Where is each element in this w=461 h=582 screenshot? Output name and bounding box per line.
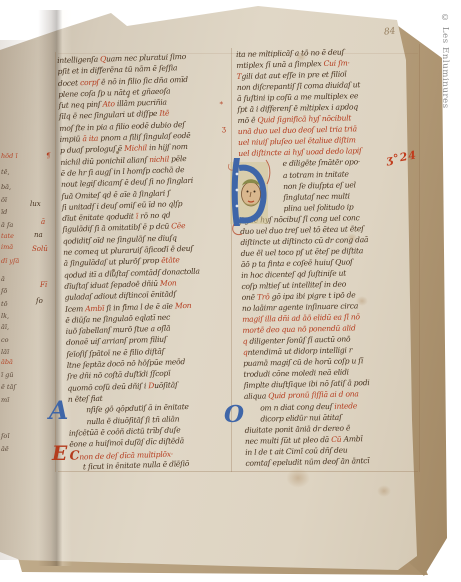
facing-page-text-fragment: āē [1, 445, 9, 453]
intercolumn-mark: ʒ [222, 125, 226, 133]
facing-page-text-fragment: dī yſā [1, 257, 19, 265]
facing-page-text-fragment: ābā [1, 358, 13, 366]
marginal-note: ſo [36, 297, 43, 305]
marginal-note: na [34, 231, 43, 239]
facing-page-text-fragment: ſoī [1, 432, 9, 440]
facing-page-text-fragment: ā [1, 275, 5, 283]
left-text-column: intelligenſa Quam nec pluratui ſimopſit … [57, 49, 246, 472]
facing-page-text-fragment: tē, [1, 168, 10, 176]
facing-page-text-fragment: hōd ī [1, 152, 17, 160]
marginal-note: ā [41, 218, 45, 226]
marginal-note: Fī [40, 281, 47, 289]
facing-page-text-fragment: imā [1, 243, 13, 251]
intercolumn-mark: ∗ [219, 99, 224, 107]
blue-initial-a: A [49, 398, 68, 423]
facing-page-text-fragment: ā ſa [1, 221, 13, 229]
facing-page-text-fragment: bā, [1, 183, 11, 191]
illuminated-initial [226, 156, 272, 238]
copyright-watermark: © Les Enluminures [440, 13, 450, 133]
red-initial-e: E [52, 443, 67, 463]
marginal-note: lux [30, 200, 41, 208]
facing-page-text-fragment: tō [1, 300, 8, 308]
facing-page-text-fragment: co [1, 336, 9, 344]
facing-page-text-fragment: ī gū [1, 371, 14, 379]
facing-page-text-fragment: lk, [1, 312, 9, 320]
marginal-note: Solū [32, 245, 48, 253]
facing-page-text-fragment: ē tāſ [1, 383, 16, 391]
facing-page-text-fragment: īd [1, 208, 7, 216]
facing-page-text-fragment: lāī [1, 348, 9, 356]
facing-page-text-fragment: āī, [1, 323, 9, 331]
manuscript-photo: intelligenſa Quam nec pluratui ſimopſit … [0, 0, 461, 582]
blue-initial-o: O [224, 403, 244, 426]
facing-page-text-fragment: ōī [1, 196, 7, 204]
facing-page-text-fragment: tate [1, 232, 14, 240]
marginal-note: ¶ [46, 152, 50, 160]
folio-number: 84 [384, 26, 396, 37]
right-text-column: ita ne mltiplicāſ a tō no ē deuſmtiplex … [236, 45, 431, 469]
facing-page-text-fragment: ſō [1, 287, 7, 295]
facing-page-text-fragment: mī [1, 396, 9, 404]
